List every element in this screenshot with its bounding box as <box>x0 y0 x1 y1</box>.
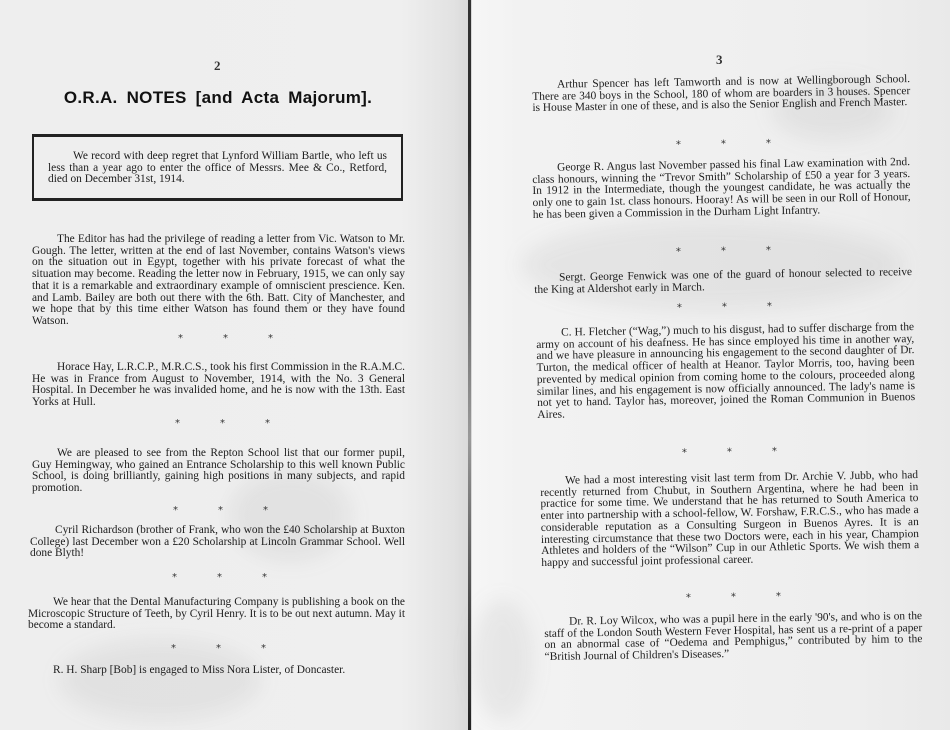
section-separator: *** <box>677 301 772 313</box>
paragraph-guy-hemingway: We are pleased to see from the Repton Sc… <box>32 448 405 495</box>
paragraph-loy-wilcox: Dr. R. Loy Wilcox, who was a pupil here … <box>544 611 923 664</box>
section-separator: *** <box>171 643 266 654</box>
paragraph-rh-sharp: R. H. Sharp [Bob] is engaged to Miss Nor… <box>28 665 405 677</box>
section-separator: *** <box>686 591 781 603</box>
section-separator: *** <box>175 418 270 429</box>
paragraph-archie-jubb: We had a most interesting visit last ter… <box>540 470 919 570</box>
section-separator: *** <box>178 333 273 344</box>
paragraph-ch-fletcher: C. H. Fletcher (“Wag,”) much to his disg… <box>536 322 915 422</box>
obituary-notice-text: We record with deep regret that Lynford … <box>48 151 387 186</box>
book-spread: 2 O.R.A. NOTES [and Acta Majorum]. We re… <box>0 0 950 730</box>
right-page: 3 Arthur Spencer has left Tamworth and i… <box>472 0 950 730</box>
section-separator: *** <box>676 138 771 150</box>
paper-stain <box>472 600 532 720</box>
paper-stain <box>522 220 902 310</box>
page-number: 3 <box>716 52 723 68</box>
paragraph-george-angus: George R. Angus last November passed his… <box>532 157 911 221</box>
page-number: 2 <box>214 58 221 74</box>
section-separator: *** <box>682 446 777 458</box>
paragraph-horace-hay: Horace Hay, L.R.C.P., M.R.C.S., took his… <box>32 362 405 409</box>
book-gutter <box>468 0 471 730</box>
paragraph-arthur-spencer: Arthur Spencer has left Tamworth and is … <box>532 74 911 115</box>
section-separator: *** <box>676 245 771 257</box>
section-separator: *** <box>173 505 268 516</box>
paragraph-editor-letter: The Editor has had the privilege of read… <box>32 234 405 328</box>
left-page: 2 O.R.A. NOTES [and Acta Majorum]. We re… <box>0 0 472 730</box>
paragraph-cyril-richardson: Cyril Richardson (brother of Frank, who … <box>30 525 405 560</box>
page-title: O.R.A. NOTES [and Acta Majorum]. <box>38 88 398 108</box>
paragraph-dental-company: We hear that the Dental Manufacturing Co… <box>28 597 405 632</box>
section-separator: *** <box>172 572 267 583</box>
obituary-notice-box: We record with deep regret that Lynford … <box>32 134 403 201</box>
